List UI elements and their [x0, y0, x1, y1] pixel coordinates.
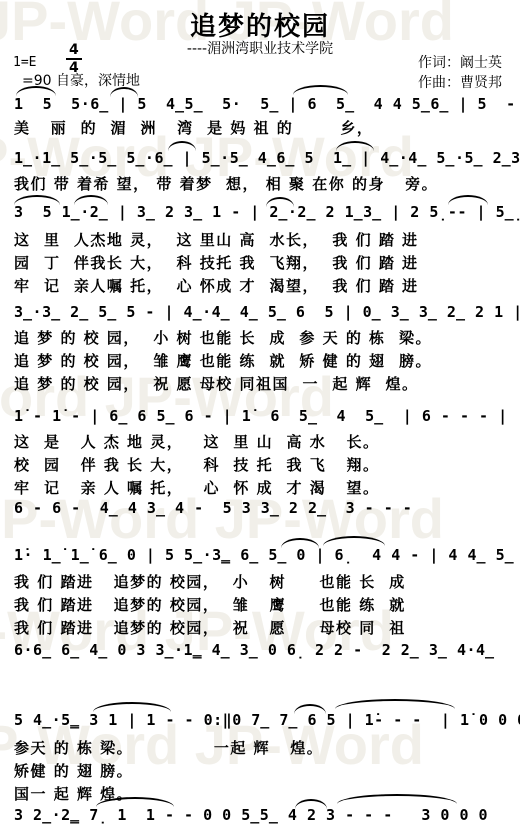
slur-arc — [335, 699, 455, 709]
key-signature: 1=E — [13, 55, 36, 70]
lyric-line-7c: 我 们 踏进 追梦的 校园， 祝 愿 母校 同 祖 — [14, 617, 406, 638]
music-line-7: 1̇· 1̲̇ 1̲̇ 6̲ 0 | 5 5̲·3̳ 6̲ 5̲ 0 | 6̣ … — [14, 546, 520, 564]
composer-credit: 作曲：曹贤邦 — [418, 72, 502, 92]
slur-arc — [293, 85, 348, 95]
slur-arc — [14, 195, 60, 205]
lyric-line-1a: 美 丽 的 湄 洲 湾 是 妈 祖 的 乡， — [14, 117, 373, 138]
slur-arc — [337, 794, 457, 804]
slur-arc — [448, 195, 488, 205]
lyric-line-9a: 参天 的 栋 梁。 一起 辉 煌。 — [14, 737, 323, 758]
music-line-2: 1̲·1̲ 5̲·5̲ 5̲·6̲ | 5̲·5̲ 4̲6̲ 5 1̲ | 4̲… — [14, 149, 520, 167]
lyric-line-4c: 追 梦 的 校 园， 祝 愿 母校 同祖国 一 起 辉 煌。 — [14, 373, 419, 394]
lyricist-credit: 作词：阚士英 — [418, 52, 502, 72]
music-line-4: 3̲·3̲ 2̲ 5̲ 5 - | 4̲·4̲ 4̲ 5̲ 6 5 | 0̲ 3… — [14, 303, 520, 321]
slur-arc — [281, 538, 319, 548]
lyric-line-5b: 校 园 伴 我 长 大， 科 技 托 我 飞 翔。 — [14, 454, 379, 475]
sheet-music-page: JP-Word JP-Word JP-Word JP-Word JP-Word … — [0, 0, 520, 836]
slur-arc — [294, 704, 326, 714]
slur-arc — [93, 702, 171, 712]
lyric-line-5a: 这 是 人 杰 地 灵， 这 里 山 高 水 长。 — [14, 431, 379, 452]
music-line-1: 1 5 5·6̲ | 5 4̲5̲ 5· 5̲ | 6 5̲ 4 4 5̲6̲ … — [14, 95, 520, 113]
music-line-6-harmony: 6 - 6 - 4̲ 4 3̲ 4 - 5 3 3̲ 2 2̲ 3 - - - — [14, 499, 412, 517]
lyric-line-3b: 园 丁 伴我长 大， 科 技托 我 飞翔， 我 们 踏 进 — [14, 252, 419, 273]
slur-arc — [266, 197, 294, 207]
lyric-line-4b: 追 梦 的 校 园， 雏 鹰 也能 练 就 矫 健 的 翅 膀。 — [14, 350, 432, 371]
lyric-line-9b: 矫健 的 翅 膀。 — [14, 760, 133, 781]
lyric-line-7a: 我 们 踏进 追梦的 校园， 小 树 也能 长 成 — [14, 571, 406, 592]
music-line-8-harmony: 6·6̲ 6̲ 4̲ 0 3 3̲·1̳ 4̲ 3̲ 0 6̣ 2 2 - 2 … — [14, 641, 495, 659]
lyric-line-2a: 我们 带 着希 望， 带 着梦 想， 相 聚 在你 的身 旁。 — [14, 173, 438, 194]
music-line-10-harmony: 3 2̲·2̳ 7̣ 1 1 - - 0 0 5̲5̲ 4 2 3 - - - … — [14, 806, 488, 824]
slur-arc — [168, 141, 196, 151]
slur-arc — [323, 536, 385, 546]
slur-arc — [74, 195, 108, 205]
lyric-line-3c: 牢 记 亲人嘱 托， 心 怀成 才 渴望， 我 们 踏 进 — [14, 275, 419, 296]
time-signature-top: 4 — [66, 42, 82, 60]
lyric-line-3a: 这 里 人杰地 灵， 这 里山 高 水长， 我 们 踏 进 — [14, 229, 419, 250]
lyric-line-5c: 牢 记 亲 人 嘱 托， 心 怀 成 才 渴 望。 — [14, 477, 379, 498]
slur-arc — [295, 799, 327, 809]
lyric-line-4a: 追 梦 的 校 园， 小 树 也能 长 成 参 天 的 栋 梁。 — [14, 327, 432, 348]
lyric-line-7b: 我 们 踏进 追梦的 校园， 雏 鹰 也能 练 就 — [14, 594, 406, 615]
music-line-5: 1̇ - 1̇ - | 6̲ 6 5̲ 6 - | 1̇ 6 5̲ 4 5̲ |… — [14, 407, 508, 425]
music-line-9: 5 4̲·5̳ 3 1 | 1 - - 0:‖0 7̲ 7̲ 6 5 | 1̇-… — [14, 711, 520, 729]
slur-arc — [336, 141, 374, 151]
